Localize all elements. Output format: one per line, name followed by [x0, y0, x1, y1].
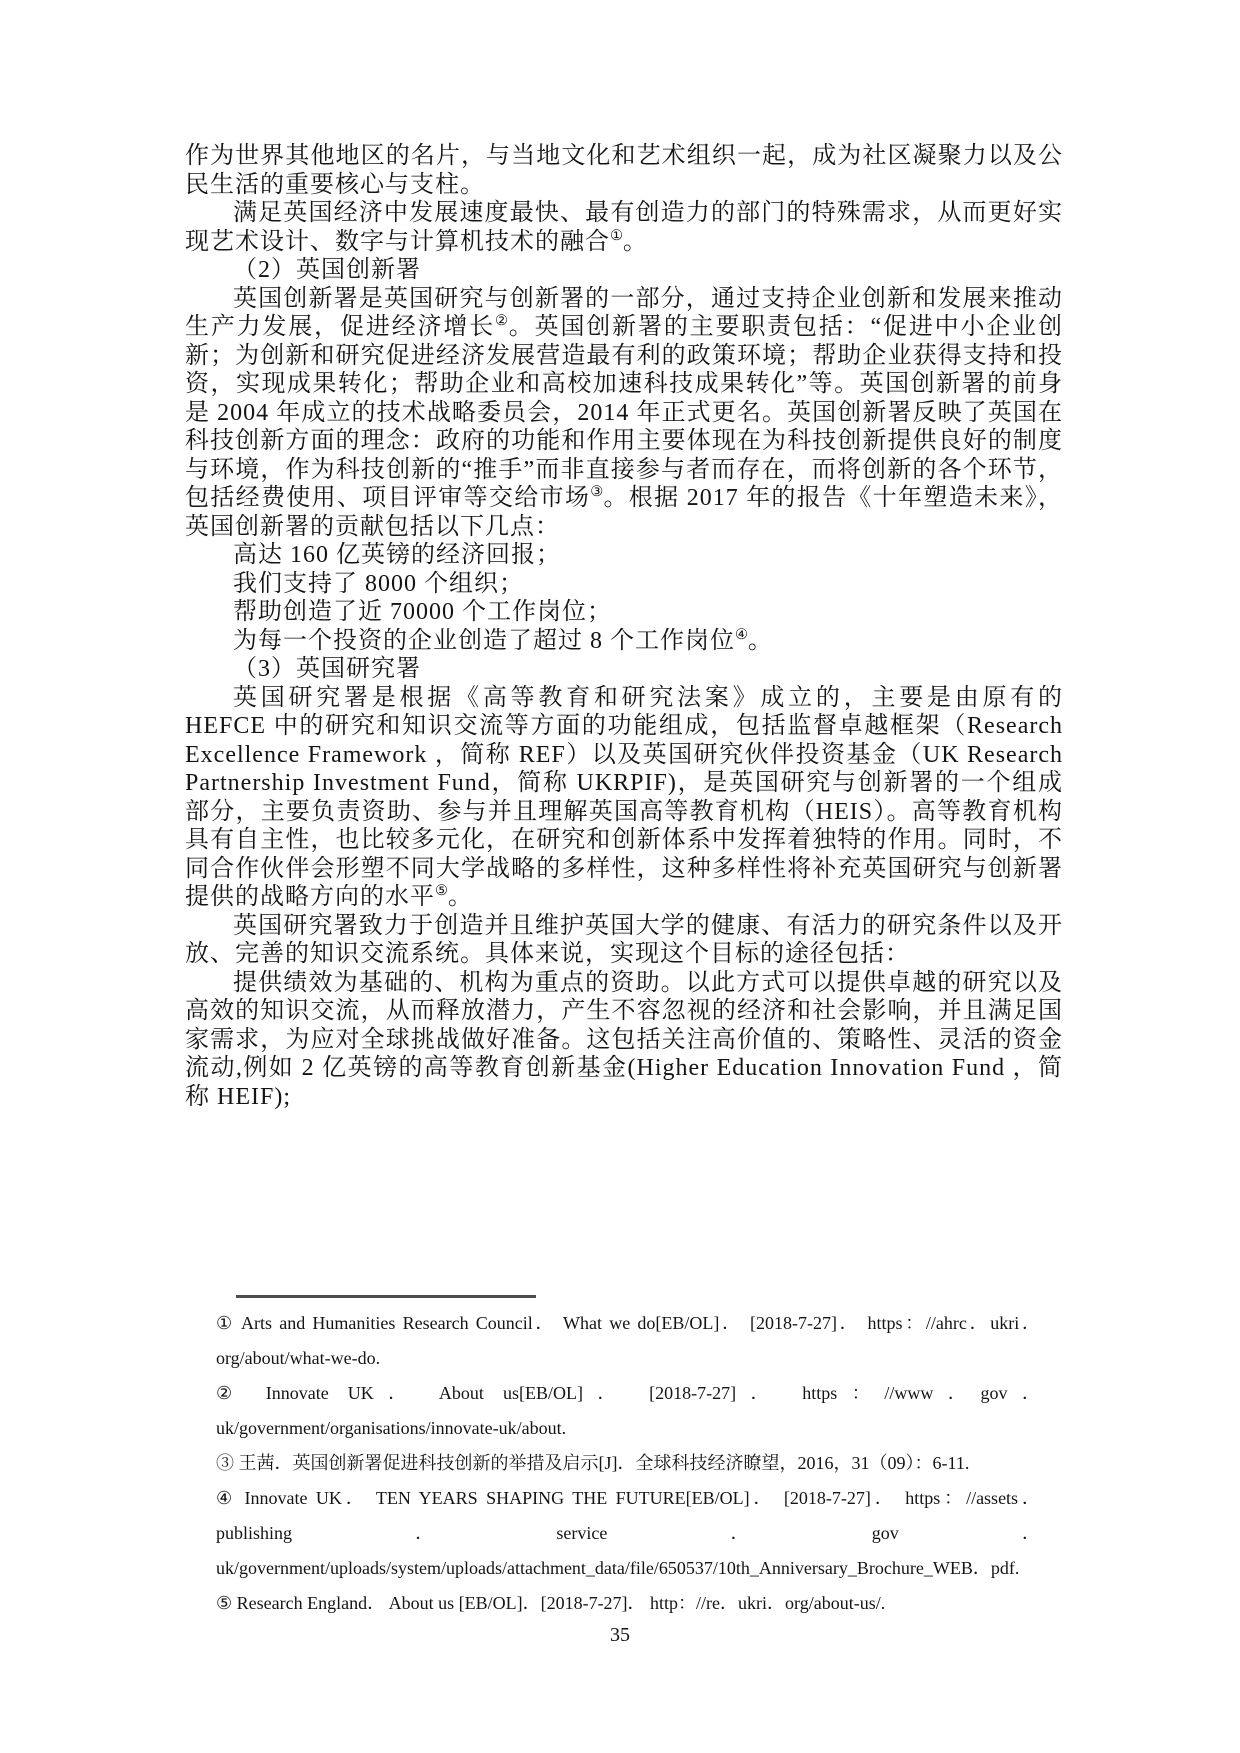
- page-number: 35: [0, 1624, 1240, 1647]
- footnote-marker: ④: [735, 627, 748, 643]
- footnotes-list: ① Arts and Humanities Research Council． …: [216, 1306, 1040, 1621]
- footnote-separator: [236, 1295, 536, 1298]
- paragraph: 作为世界其他地区的名片，与当地文化和艺术组织一起，成为社区凝聚力以及公民生活的重…: [185, 142, 1063, 199]
- paragraph: 帮助创造了近 70000 个工作岗位；: [185, 598, 1063, 627]
- paragraph: （2）英国创新署: [185, 256, 1063, 285]
- footnotes-section: ① Arts and Humanities Research Council． …: [216, 1283, 1040, 1621]
- footnote-marker: ①: [610, 228, 623, 244]
- paragraph: 高达 160 亿英镑的经济回报；: [185, 541, 1063, 570]
- paragraph: 英国研究署是根据《高等教育和研究法案》成立的，主要是由原有的 HEFCE 中的研…: [185, 684, 1063, 912]
- paragraph: 英国研究署致力于创造并且维护英国大学的健康、有活力的研究条件以及开放、完善的知识…: [185, 912, 1063, 969]
- paragraph: 满足英国经济中发展速度最快、最有创造力的部门的特殊需求，从而更好实现艺术设计、数…: [185, 199, 1063, 256]
- paragraph: 为每一个投资的企业创造了超过 8 个工作岗位④。: [185, 627, 1063, 656]
- footnote: ⑤ Research England． About us [EB/OL]．[20…: [216, 1586, 1040, 1621]
- paragraph: 提供绩效为基础的、机构为重点的资助。以此方式可以提供卓越的研究以及高效的知识交流…: [185, 969, 1063, 1112]
- footnote: ① Arts and Humanities Research Council． …: [216, 1306, 1040, 1376]
- footnote: ② Innovate UK． About us[EB/OL]． [2018-7-…: [216, 1376, 1040, 1446]
- footnote-marker: ②: [495, 313, 509, 329]
- paragraph: 我们支持了 8000 个组织；: [185, 570, 1063, 599]
- footnote-marker: ⑤: [435, 883, 448, 899]
- footnote: ④ Innovate UK． TEN YEARS SHAPING THE FUT…: [216, 1481, 1040, 1586]
- document-page: 作为世界其他地区的名片，与当地文化和艺术组织一起，成为社区凝聚力以及公民生活的重…: [0, 0, 1240, 1753]
- footnote: ③ 王茜．英国创新署促进科技创新的举措及启示[J]．全球科技经济瞭望，2016，…: [216, 1446, 1040, 1481]
- paragraph: 英国创新署是英国研究与创新署的一部分，通过支持企业创新和发展来推动生产力发展，促…: [185, 285, 1063, 542]
- paragraph: （3）英国研究署: [185, 655, 1063, 684]
- footnote-marker: ③: [590, 484, 603, 500]
- body-text: 作为世界其他地区的名片，与当地文化和艺术组织一起，成为社区凝聚力以及公民生活的重…: [185, 142, 1063, 1111]
